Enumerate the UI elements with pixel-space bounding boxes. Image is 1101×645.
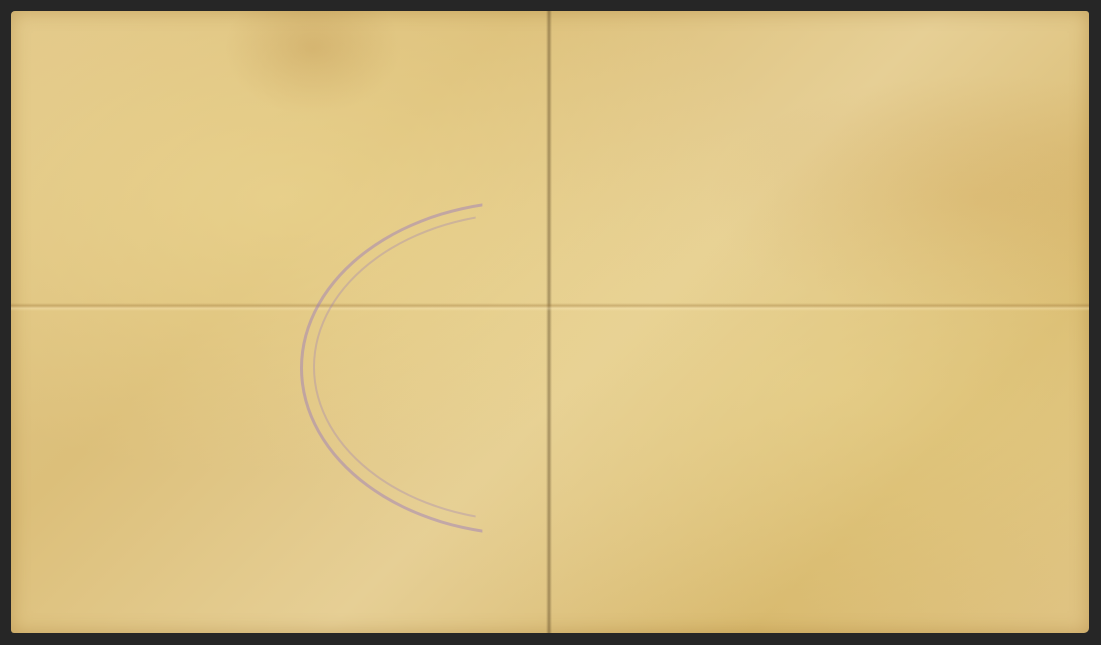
banknote-paper (11, 11, 1089, 633)
horizontal-crease (11, 303, 1089, 311)
vertical-fold (546, 11, 552, 633)
